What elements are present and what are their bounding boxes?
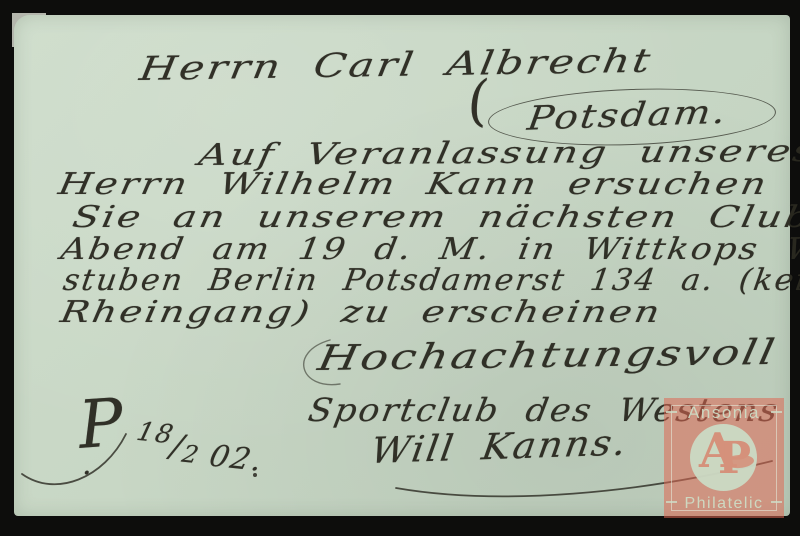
body-line: stuben Berlin Potsdamerst 134 a. (kein xyxy=(61,263,800,298)
ink-dot xyxy=(253,473,257,477)
monogram-letter-p: P xyxy=(718,437,751,481)
recipient-line: Herrn Carl Albrecht xyxy=(137,41,655,88)
destination-place: Potsdam. xyxy=(525,92,730,138)
closing-line: Hochachtungsvoll xyxy=(315,333,780,379)
ap-monogram-circle: A P xyxy=(690,424,757,491)
body-line: Abend am 19 d. M. in Wittkops Wein- xyxy=(58,232,800,267)
ansonia-philatelic-watermark: Ansonia A P Philatelic xyxy=(664,398,784,518)
body-line: Rheingang) zu erscheinen xyxy=(58,295,665,330)
sender-initial-period: . xyxy=(82,447,94,482)
body-line: Herrn Wilhelm Kann ersuchen wir xyxy=(56,167,800,202)
watermark-top-label: Ansonia xyxy=(664,403,784,423)
date-year: 02. xyxy=(206,439,268,479)
body-line: Sie an unserem nächsten Club xyxy=(70,200,800,235)
date-line: 18 / 2 02. xyxy=(131,421,270,472)
watermark-bottom-label: Philatelic xyxy=(664,495,784,513)
scanned-postcard-image: Herrn Carl Albrecht ( Potsdam. Auf Veran… xyxy=(0,0,800,536)
signature: Will Kanns. xyxy=(368,423,631,472)
